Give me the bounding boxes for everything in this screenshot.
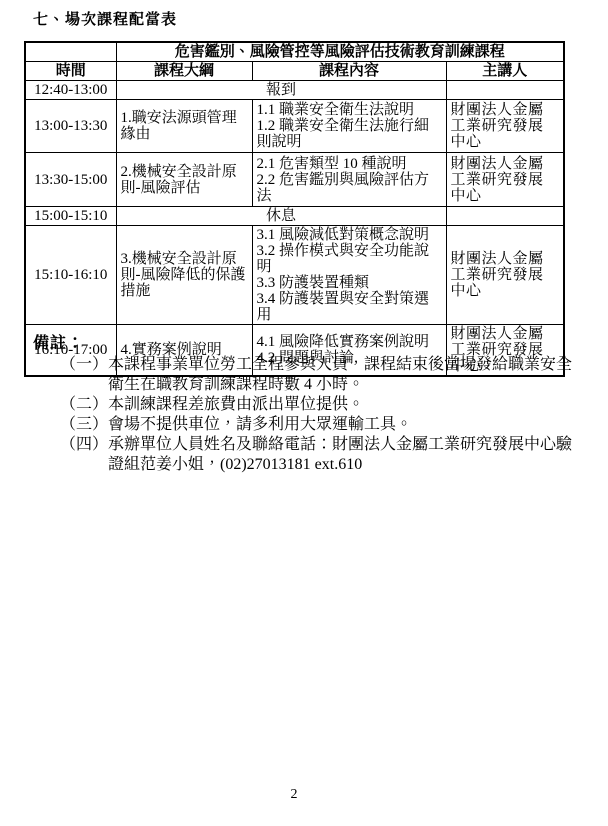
table-row-session1: 13:00-13:30 1.職安法源頭管理緣由 1.1 職業安全衛生法說明 1.…	[25, 100, 564, 153]
time-cell: 15:00-15:10	[25, 207, 116, 226]
content-cell: 2.1 危害類型 10 種說明 2.2 危害鑑別與風險評估方法	[252, 153, 446, 207]
outline-cell: 2.機械安全設計原則-風險評估	[116, 153, 252, 207]
note-item: （三） 會場不提供車位，請多利用大眾運輸工具。	[60, 415, 581, 435]
course-schedule-table: 危害鑑別、風險管控等風險評估技術教育訓練課程 時間 課程大綱 課程內容 主講人 …	[24, 41, 565, 377]
speaker-empty-cell	[446, 81, 564, 100]
content-cell: 1.1 職業安全衛生法說明 1.2 職業安全衛生法施行細則說明	[252, 100, 446, 153]
speaker-empty-cell	[446, 207, 564, 226]
merged-activity-cell: 報到	[116, 81, 446, 100]
header-time: 時間	[25, 62, 116, 81]
note-item: （二） 本訓練課程差旅費由派出單位提供。	[60, 395, 581, 415]
speaker-cell: 財團法人金屬 工業研究發展 中心	[446, 100, 564, 153]
speaker-cell: 財團法人金屬 工業研究發展 中心	[446, 226, 564, 325]
table-title-row: 危害鑑別、風險管控等風險評估技術教育訓練課程	[25, 42, 564, 62]
header-outline: 課程大綱	[116, 62, 252, 81]
content-cell: 3.1 風險減低對策概念說明 3.2 操作模式與安全功能說明 3.3 防護裝置種…	[252, 226, 446, 325]
notes-section: 備註： （一） 本課程事業單位勞工全程參與人員，課程結束後當場發給職業安全衛生在…	[33, 334, 581, 475]
note-number: （四）	[60, 435, 108, 475]
time-cell: 13:30-15:00	[25, 153, 116, 207]
note-number: （三）	[60, 415, 108, 435]
table-header-row: 時間 課程大綱 課程內容 主講人	[25, 62, 564, 81]
note-item: （四） 承辦單位人員姓名及聯絡電話：財團法人金屬工業研究發展中心驗證組范姜小姐，…	[60, 435, 581, 475]
note-text: 本課程事業單位勞工全程參與人員，課程結束後當場發給職業安全衛生在職教育訓練課程時…	[108, 355, 580, 395]
note-number: （二）	[60, 395, 108, 415]
time-cell: 15:10-16:10	[25, 226, 116, 325]
table-row-checkin: 12:40-13:00 報到	[25, 81, 564, 100]
speaker-cell: 財團法人金屬 工業研究發展 中心	[446, 153, 564, 207]
outline-cell: 3.機械安全設計原則-風險降低的保護措施	[116, 226, 252, 325]
note-text: 承辦單位人員姓名及聯絡電話：財團法人金屬工業研究發展中心驗證組范姜小姐，(02)…	[108, 435, 580, 475]
header-speaker: 主講人	[446, 62, 564, 81]
note-number: （一）	[60, 355, 108, 395]
header-content: 課程內容	[252, 62, 446, 81]
outline-cell: 1.職安法源頭管理緣由	[116, 100, 252, 153]
document-page: 七、場次課程配當表 危害鑑別、風險管控等風險評估技術教育訓練課程 時間 課程大綱…	[0, 0, 608, 826]
note-text: 本訓練課程差旅費由派出單位提供。	[108, 395, 580, 415]
notes-label: 備註：	[33, 334, 581, 354]
table-row-session3: 15:10-16:10 3.機械安全設計原則-風險降低的保護措施 3.1 風險減…	[25, 226, 564, 325]
merged-activity-cell: 休息	[116, 207, 446, 226]
time-cell: 13:00-13:30	[25, 100, 116, 153]
note-text: 會場不提供車位，請多利用大眾運輸工具。	[108, 415, 580, 435]
corner-empty-cell	[25, 42, 116, 62]
table-title: 危害鑑別、風險管控等風險評估技術教育訓練課程	[116, 42, 564, 62]
page-title: 七、場次課程配當表	[33, 8, 177, 29]
table-row-break: 15:00-15:10 休息	[25, 207, 564, 226]
page-number: 2	[0, 787, 588, 803]
table-row-session2: 13:30-15:00 2.機械安全設計原則-風險評估 2.1 危害類型 10 …	[25, 153, 564, 207]
note-item: （一） 本課程事業單位勞工全程參與人員，課程結束後當場發給職業安全衛生在職教育訓…	[60, 355, 581, 395]
time-cell: 12:40-13:00	[25, 81, 116, 100]
